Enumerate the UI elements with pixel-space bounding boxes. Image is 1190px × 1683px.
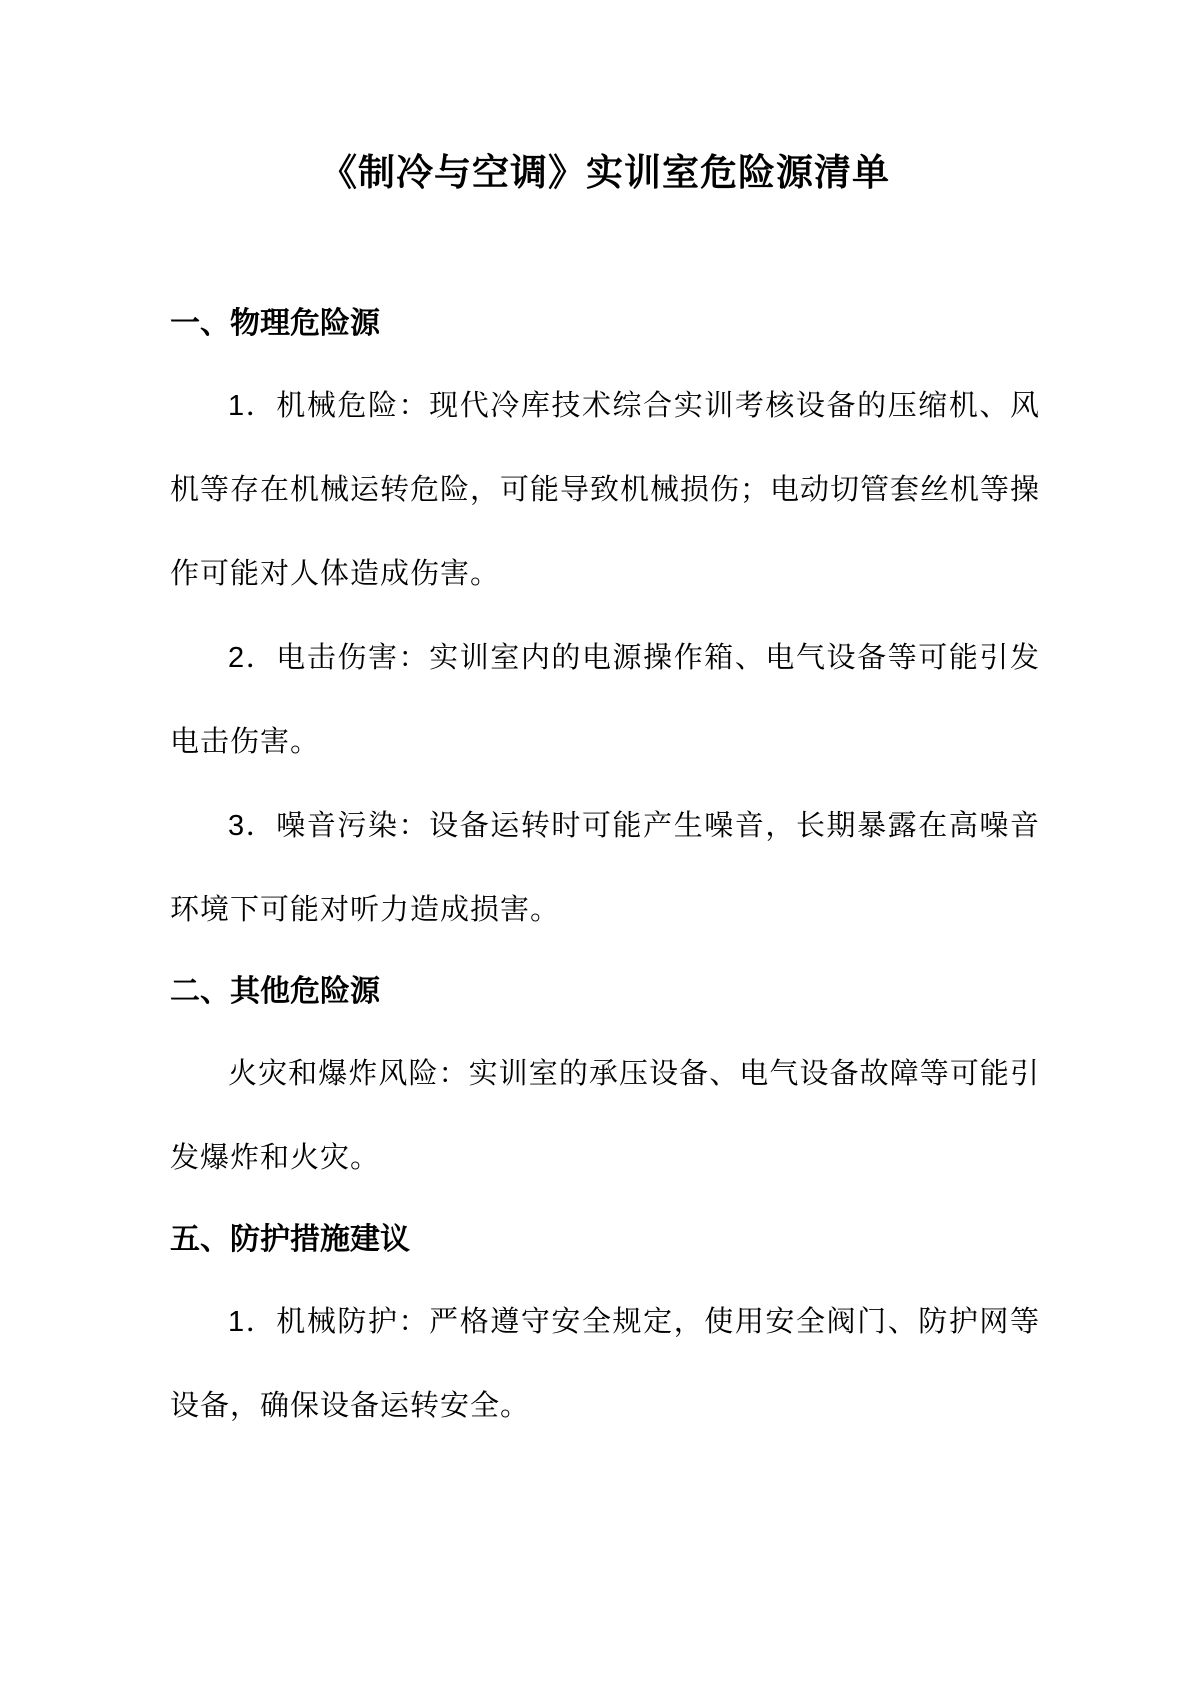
section-physical-hazards: 一、物理危险源 1．机械危险：现代冷库技术综合实训考核设备的压缩机、风机等存在机… bbox=[170, 284, 1040, 952]
paragraph-mechanical-protection: 1．机械防护：严格遵守安全规定，使用安全阀门、防护网等设备，确保设备运转安全。 bbox=[170, 1280, 1040, 1448]
section-heading-physical-hazards: 一、物理危险源 bbox=[170, 284, 1040, 364]
section-heading-protective-measures: 五、防护措施建议 bbox=[170, 1200, 1040, 1280]
document-title: 《制冷与空调》实训室危险源清单 bbox=[170, 150, 1040, 196]
paragraph-mechanical-hazard: 1．机械危险：现代冷库技术综合实训考核设备的压缩机、风机等存在机械运转危险，可能… bbox=[170, 364, 1040, 616]
paragraph-electric-shock-hazard: 2．电击伤害：实训室内的电源操作箱、电气设备等可能引发电击伤害。 bbox=[170, 616, 1040, 784]
paragraph-fire-explosion-risk: 火灾和爆炸风险：实训室的承压设备、电气设备故障等可能引发爆炸和火灾。 bbox=[170, 1032, 1040, 1200]
document-page: 《制冷与空调》实训室危险源清单 一、物理危险源 1．机械危险：现代冷库技术综合实… bbox=[0, 0, 1190, 1683]
section-other-hazards: 二、其他危险源 火灾和爆炸风险：实训室的承压设备、电气设备故障等可能引发爆炸和火… bbox=[170, 952, 1040, 1200]
section-heading-other-hazards: 二、其他危险源 bbox=[170, 952, 1040, 1032]
paragraph-noise-pollution-hazard: 3．噪音污染：设备运转时可能产生噪音，长期暴露在高噪音环境下可能对听力造成损害。 bbox=[170, 784, 1040, 952]
section-protective-measures: 五、防护措施建议 1．机械防护：严格遵守安全规定，使用安全阀门、防护网等设备，确… bbox=[170, 1200, 1040, 1448]
